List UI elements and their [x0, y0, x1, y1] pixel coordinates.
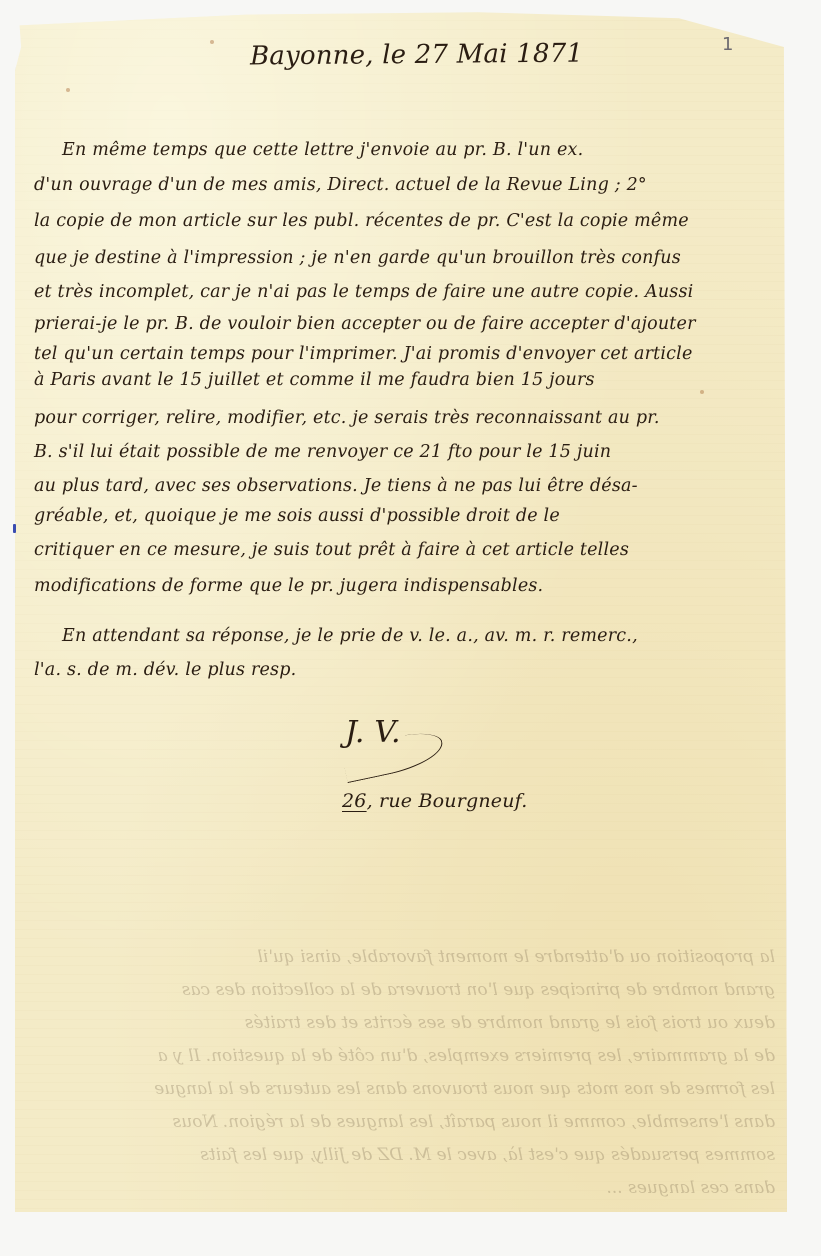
bleed-line: sommes persuadés que c'est là, avec le M… [55, 1139, 775, 1172]
body-line: prierai-je le pr. B. de vouloir bien acc… [34, 314, 696, 334]
bleed-line: les formes de nos mots que nous trouvons… [55, 1073, 775, 1106]
body-line: En même temps que cette lettre j'envoie … [62, 140, 583, 160]
bleed-line: dans l'ensemble, comme il nous paraît, l… [55, 1106, 775, 1139]
body-line: En attendant sa réponse, je le prie de v… [62, 626, 638, 646]
paper-stain [66, 88, 70, 92]
place-date-heading: Bayonne, le 27 Mai 1871 [250, 39, 583, 72]
margin-ink-mark [13, 524, 16, 533]
body-line: l'a. s. de m. dév. le plus resp. [34, 660, 296, 680]
bleed-line: dans ces langues ... [55, 1172, 775, 1205]
body-line: que je destine à l'impression ; je n'en … [34, 248, 681, 268]
body-line: d'un ouvrage d'un de mes amis, Direct. a… [34, 175, 647, 195]
body-line: gréable, et, quoique je me sois aussi d'… [34, 506, 560, 526]
body-line: à Paris avant le 15 juillet et comme il … [34, 370, 595, 390]
page-number: 1 [722, 34, 733, 55]
body-line: au plus tard, avec ses observations. Je … [34, 476, 638, 496]
bleed-line: deux ou trois fois le grand nombre de se… [55, 1007, 775, 1040]
address-street: , rue Bourgneuf. [367, 790, 528, 812]
bleed-line: grand nombre de principes que l'on trouv… [55, 974, 775, 1007]
bleed-through-text: la proposition ou d'attendre le moment f… [55, 941, 775, 1205]
bleed-line: de la grammaire, les premiers exemples, … [55, 1040, 775, 1073]
address-number: 26 [342, 790, 367, 812]
body-line: modifications de forme que le pr. jugera… [34, 576, 543, 596]
body-line: et très incomplet, car je n'ai pas le te… [34, 282, 693, 302]
paper-stain [700, 390, 704, 394]
body-line: pour corriger, relire, modifier, etc. je… [34, 408, 660, 428]
bleed-line: la proposition ou d'attendre le moment f… [55, 941, 775, 974]
body-line: tel qu'un certain temps pour l'imprimer.… [34, 344, 693, 364]
body-line: B. s'il lui était possible de me renvoye… [34, 442, 611, 462]
sender-address: 26, rue Bourgneuf. [342, 790, 527, 812]
paper-stain [210, 40, 214, 44]
body-line: critiquer en ce mesure, je suis tout prê… [34, 540, 629, 560]
body-line: la copie de mon article sur les publ. ré… [34, 211, 689, 231]
